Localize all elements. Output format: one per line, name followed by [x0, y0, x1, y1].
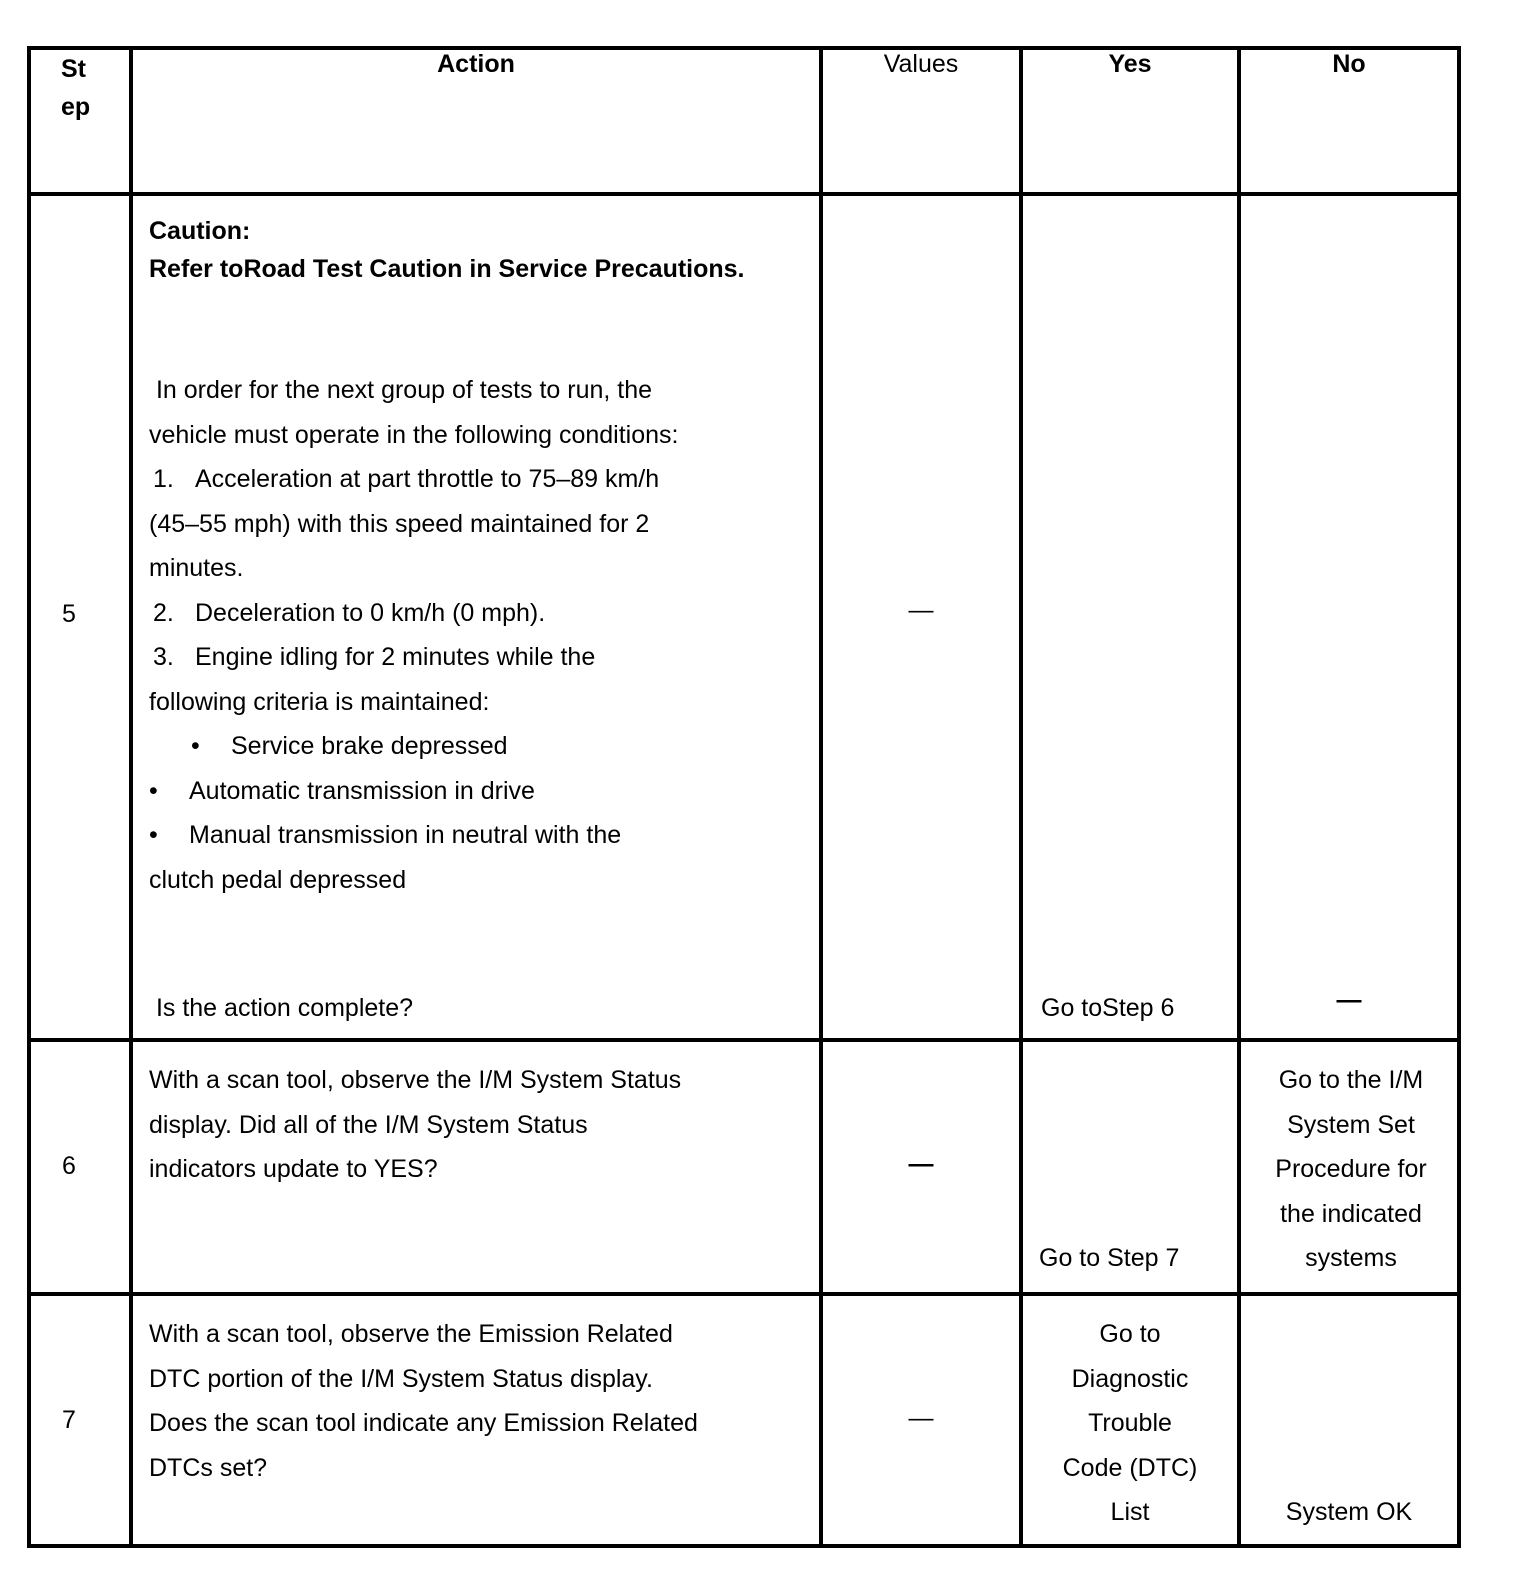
values-dash: —: [823, 596, 1019, 625]
values-cell: —: [821, 1040, 1021, 1294]
no-cell: System OK: [1239, 1294, 1459, 1546]
caution-text: Refer toRoad Test Caution in Service Pre…: [149, 250, 745, 288]
step-number: 6: [62, 1152, 76, 1181]
action-cell: With a scan tool, observe the I/M System…: [131, 1040, 821, 1294]
header-no: No: [1239, 48, 1459, 194]
header-step: Step: [29, 48, 131, 194]
action-text: With a scan tool, observe the Emission R…: [149, 1312, 698, 1490]
action-instructions: In order for the next group of tests to …: [149, 368, 678, 902]
no-dash: —: [1241, 986, 1457, 1015]
action-cell: Caution: Refer toRoad Test Caution in Se…: [131, 194, 821, 1040]
values-cell: —: [821, 194, 1021, 1040]
list-item: 1.Acceleration at part throttle to 75–89…: [149, 457, 678, 502]
list-item-cont: following criteria is maintained:: [149, 680, 678, 725]
caution-title: Caution:: [149, 212, 745, 250]
yes-link[interactable]: Go toStep 6: [1041, 986, 1174, 1031]
values-dash: —: [823, 1150, 1019, 1179]
table-row: 5 Caution: Refer toRoad Test Caution in …: [29, 194, 1459, 1040]
list-item-cont: minutes.: [149, 546, 678, 591]
values-dash: —: [823, 1404, 1019, 1433]
list-item: 2.Deceleration to 0 km/h (0 mph).: [149, 591, 678, 636]
action-question: Is the action complete?: [149, 986, 413, 1031]
step-number: 7: [62, 1406, 76, 1435]
list-item-cont: (45–55 mph) with this speed maintained f…: [149, 502, 678, 547]
intro-line: vehicle must operate in the following co…: [149, 413, 678, 458]
action-cell: With a scan tool, observe the Emission R…: [131, 1294, 821, 1546]
yes-cell: Go toStep 6: [1021, 194, 1239, 1040]
yes-link[interactable]: Go to Step 7: [1039, 1236, 1179, 1281]
values-cell: —: [821, 1294, 1021, 1546]
bullet-item: •Manual transmission in neutral with the: [149, 813, 678, 858]
caution-note: Caution: Refer toRoad Test Caution in Se…: [149, 212, 745, 288]
table-header-row: Step Action Values Yes No: [29, 48, 1459, 194]
no-result: System OK: [1241, 1490, 1457, 1535]
yes-link[interactable]: Go to Diagnostic Trouble Code (DTC) List: [1023, 1312, 1237, 1535]
yes-cell: Go to Step 7: [1021, 1040, 1239, 1294]
table-row: 7 With a scan tool, observe the Emission…: [29, 1294, 1459, 1546]
step-number: 5: [62, 600, 76, 629]
no-link[interactable]: Go to the I/M System Set Procedure for t…: [1245, 1058, 1457, 1281]
step-cell: 6: [29, 1040, 131, 1294]
step-cell: 5: [29, 194, 131, 1040]
no-cell: Go to the I/M System Set Procedure for t…: [1239, 1040, 1459, 1294]
intro-line: In order for the next group of tests to …: [149, 368, 678, 413]
bullet-item-cont: clutch pedal depressed: [149, 858, 678, 903]
table-row: 6 With a scan tool, observe the I/M Syst…: [29, 1040, 1459, 1294]
list-item: 3.Engine idling for 2 minutes while the: [149, 635, 678, 680]
action-text: With a scan tool, observe the I/M System…: [149, 1058, 681, 1192]
bullet-item: •Service brake depressed: [149, 724, 678, 769]
header-yes: Yes: [1021, 48, 1239, 194]
bullet-item: •Automatic transmission in drive: [149, 769, 678, 814]
diagnostic-table: Step Action Values Yes No 5 Caution: Ref…: [27, 46, 1461, 1548]
header-values: Values: [821, 48, 1021, 194]
no-cell: —: [1239, 194, 1459, 1040]
yes-cell: Go to Diagnostic Trouble Code (DTC) List: [1021, 1294, 1239, 1546]
step-cell: 7: [29, 1294, 131, 1546]
header-action: Action: [131, 48, 821, 194]
